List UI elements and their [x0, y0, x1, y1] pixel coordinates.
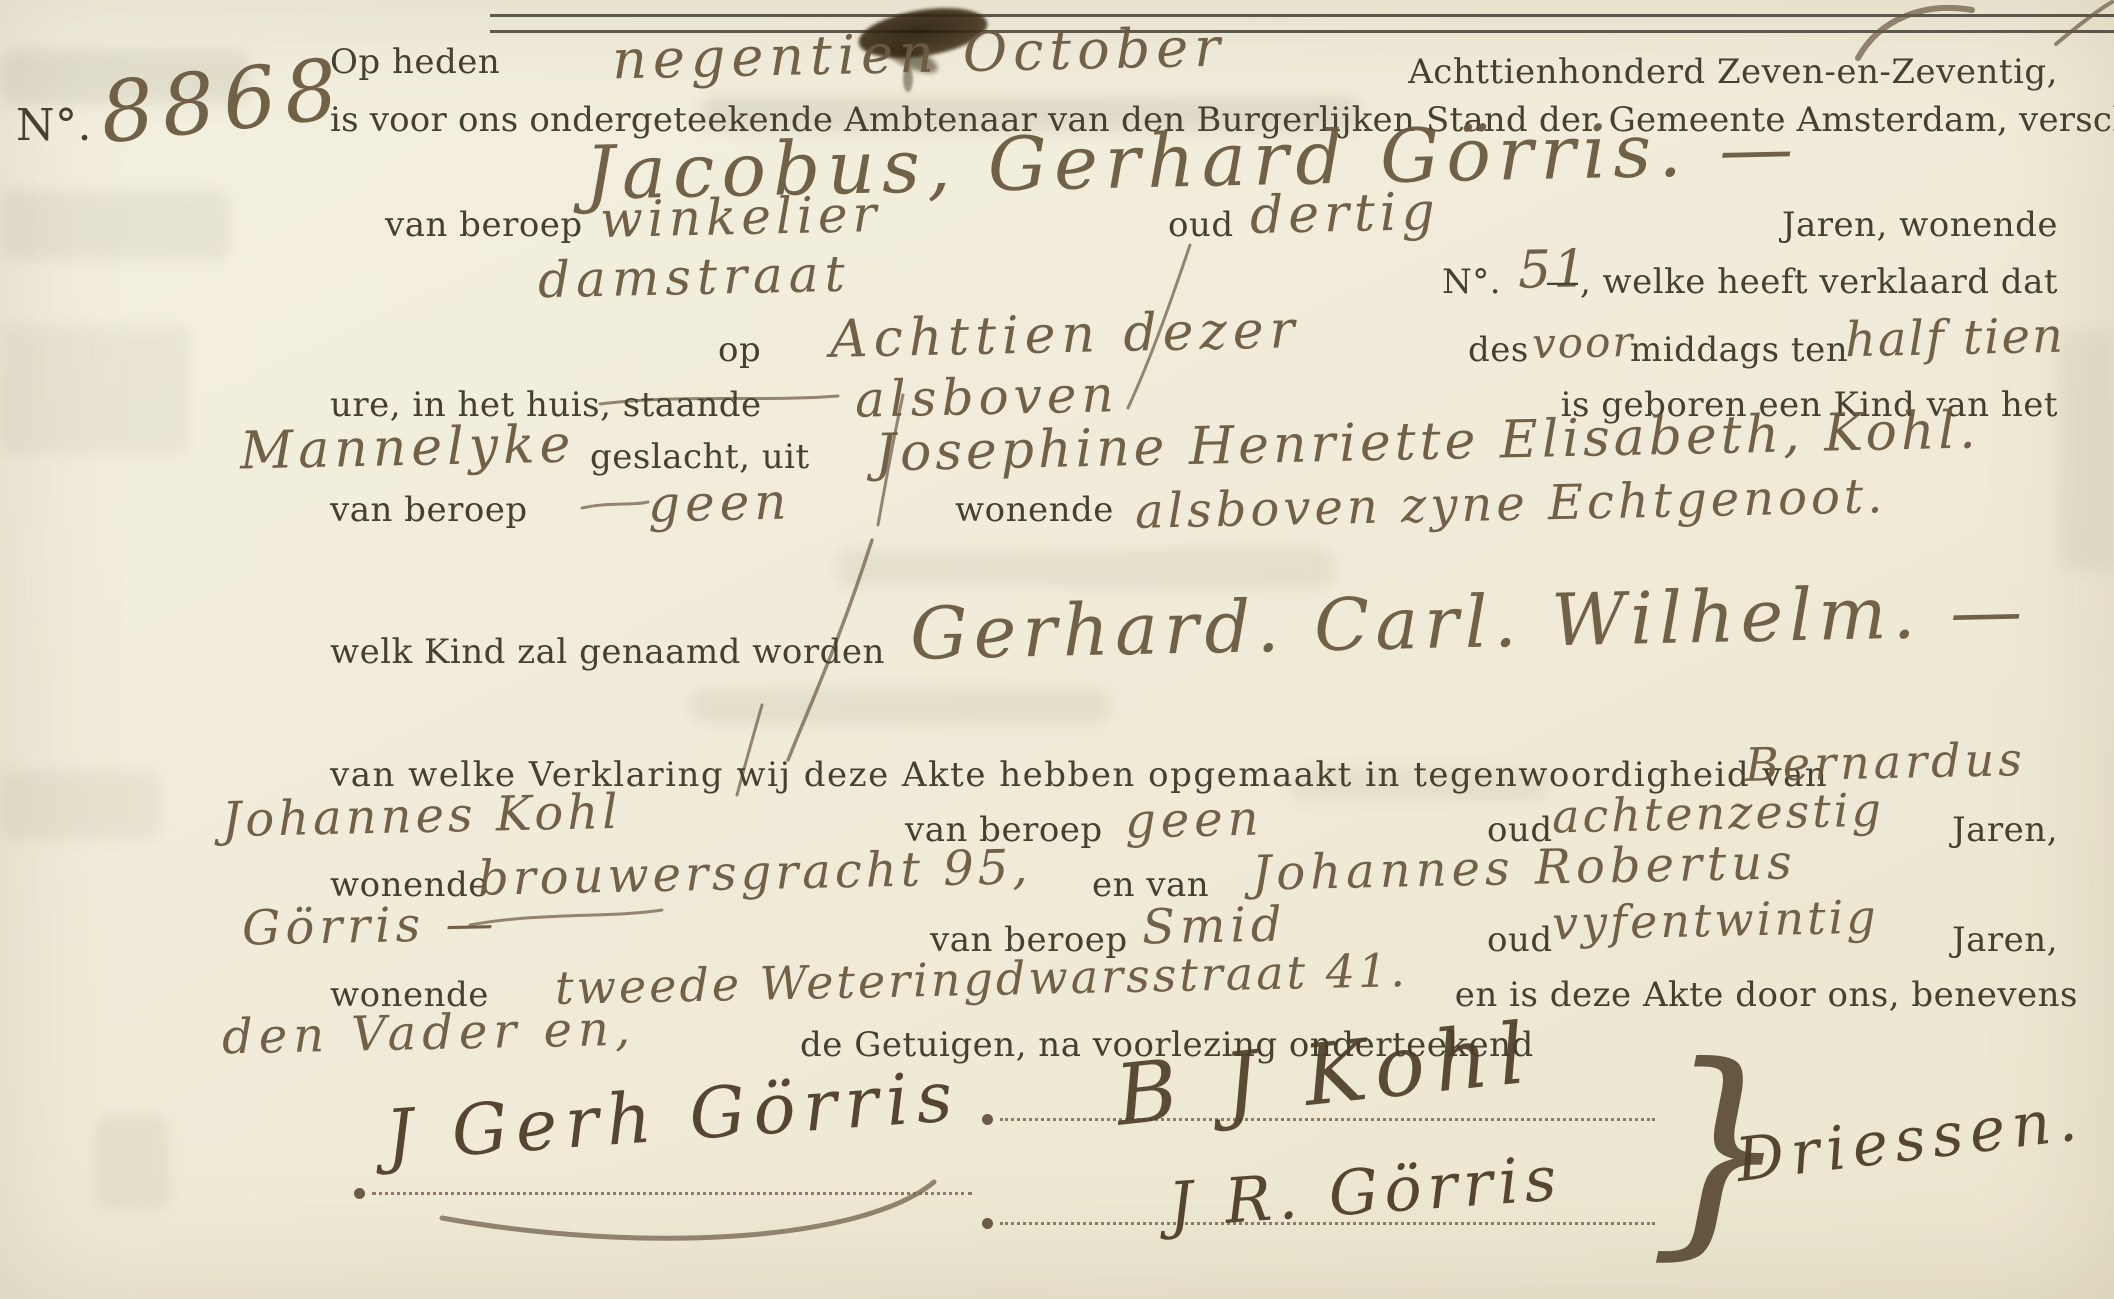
entry-declarant-age: dertig [1249, 182, 1440, 246]
entry-witness2-age: vyfentwintig [1551, 890, 1879, 951]
label-kind-genaamd: welk Kind zal genaamd worden [330, 632, 885, 672]
entry-birth-date: Achttien dezer [829, 300, 1301, 370]
bleed-through [0, 325, 190, 455]
bleed-through [0, 770, 160, 840]
label-jaren-wonende: Jaren, wonende [1782, 205, 2058, 245]
entry-mother-address: alsboven zyne Echtgenoot. [1134, 468, 1886, 540]
bleed-through [690, 688, 1110, 724]
label-oud-w2: oud [1487, 920, 1553, 960]
signature-line [372, 1168, 972, 1195]
label-closing-akte: en is deze Akte door ons, benevens [1455, 975, 2078, 1015]
entry-witness1-name: Johannes Kohl [221, 784, 622, 848]
label-van-beroep: van beroep [385, 205, 583, 245]
entry-declarant-occupation: winkelier [599, 185, 882, 249]
entry-witness2-firstnames: Johannes Robertus [1251, 834, 1797, 901]
label-op: op [718, 330, 761, 370]
bleed-through [95, 1115, 170, 1210]
label-year: Achttienhonderd Zeven-en-Zeventig, [1408, 52, 2058, 92]
signature-father: J Gerh Görris [383, 1055, 963, 1177]
signature-witness2: J R. Görris [1166, 1141, 1565, 1241]
entry-witness1-age: achtenzestig [1551, 783, 1884, 844]
entry-den-vader: den Vader en, [221, 1001, 636, 1066]
label-jaren-w2: Jaren, [1952, 920, 2058, 960]
entry-witness2-surname: Görris — [241, 895, 498, 956]
entry-witness2-address: tweede Weteringdwarsstraat 41. [555, 943, 1409, 1015]
label-van-beroep-mother: van beroep [330, 490, 528, 530]
label-oud: oud [1168, 205, 1234, 245]
entry-witness1-occupation: geen [1124, 791, 1264, 850]
entry-declarant-street: damstraat [537, 245, 851, 310]
entry-voor-middag: voor [1531, 317, 1634, 368]
bleed-through [0, 190, 230, 260]
entry-witness1-firstname: Bernardus [1744, 732, 2026, 792]
entry-child-sex: Mannelyke [239, 414, 575, 481]
entry-witness1-address: brouwersgracht 95, [477, 839, 1032, 907]
entry-date-of-act: negentien October [611, 16, 1226, 92]
top-rule [490, 14, 2114, 17]
label-jaren-w1: Jaren, [1952, 810, 2058, 850]
act-number-label: N°. [16, 100, 92, 151]
label-geslacht-uit: geslacht, uit [590, 437, 810, 477]
entry-birth-time: half tien [1844, 308, 2065, 369]
entry-mother-occupation: geen [647, 473, 792, 534]
bleed-through [2058, 330, 2114, 570]
label-des: des [1468, 330, 1529, 370]
birth-certificate-page: N°. 8868 Op heden negentien October Acht… [0, 0, 2114, 1299]
label-op-heden: Op heden [330, 42, 500, 82]
label-house-no: N°. [1442, 262, 1501, 302]
label-verklaard: —, welke heeft verklaard dat [1545, 262, 2058, 302]
signature-line-bullet [982, 1114, 993, 1125]
label-wonende-mother: wonende [955, 490, 1114, 530]
label-middags-ten: middags ten [1630, 330, 1848, 370]
signature-line-bullet [354, 1188, 365, 1199]
bleed-through [835, 548, 1335, 588]
signature-line-bullet [982, 1218, 993, 1229]
